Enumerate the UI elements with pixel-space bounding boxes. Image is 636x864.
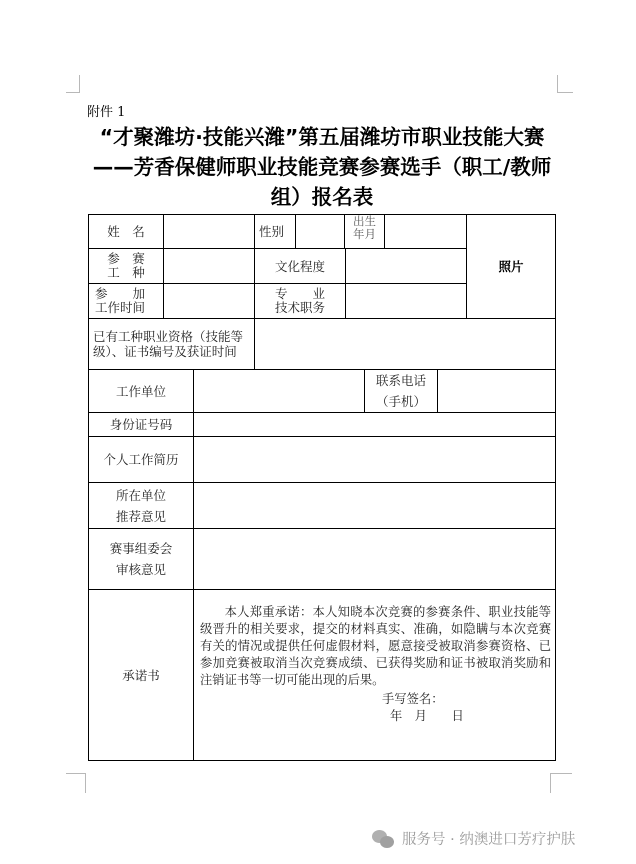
qualification-field[interactable] xyxy=(254,318,556,370)
photo-cell[interactable]: 照片 xyxy=(466,214,556,319)
professional-title-label: 专 业 技术职务 xyxy=(254,283,346,319)
resume-field[interactable] xyxy=(193,436,556,483)
employer-label: 工作单位 xyxy=(88,369,194,413)
id-label: 身份证号码 xyxy=(88,412,194,437)
corner-mark xyxy=(557,75,573,93)
registration-form-table: 姓 名 性别 出生年月 照片 参 赛 工 种 文化程度 参 加 工作时间 专 业… xyxy=(88,214,556,761)
pledge-cell: 本人郑重承诺：本人知晓本次竞赛的参赛条件、职业技能等级晋升的相关要求，提交的材料… xyxy=(193,589,556,761)
work-start-label: 参 加 工作时间 xyxy=(88,283,164,319)
name-label: 姓 名 xyxy=(88,214,164,249)
form-title: “才聚潍坊·技能兴潍”第五届潍坊市职业技能大赛——芳香保健师职业技能竞赛参赛选手… xyxy=(80,122,564,212)
name-field[interactable] xyxy=(163,214,255,249)
employer-field[interactable] xyxy=(193,369,365,413)
education-field[interactable] xyxy=(345,248,467,284)
professional-title-field[interactable] xyxy=(345,283,467,319)
review-field[interactable] xyxy=(193,528,556,590)
watermark: 服务号 · 纳澳进口芳疗护肤 xyxy=(372,828,575,849)
wechat-icon xyxy=(372,830,396,848)
work-start-field[interactable] xyxy=(163,283,255,319)
attachment-label: 附件 1 xyxy=(87,101,125,120)
review-label: 赛事组委会 审核意见 xyxy=(88,528,194,590)
gender-label: 性别 xyxy=(254,214,296,249)
signature-label: 手写签名： xyxy=(200,691,551,708)
watermark-text: 服务号 · 纳澳进口芳疗护肤 xyxy=(402,828,575,849)
birth-field[interactable] xyxy=(384,214,467,249)
pledge-text: 本人郑重承诺：本人知晓本次竞赛的参赛条件、职业技能等级晋升的相关要求，提交的材料… xyxy=(200,604,551,689)
birth-label: 出生年月 xyxy=(344,214,385,249)
phone-label: 联系电话 （手机） xyxy=(364,369,438,413)
corner-mark xyxy=(66,773,86,793)
corner-mark xyxy=(550,773,572,793)
pledge-label: 承诺书 xyxy=(88,589,194,761)
education-label: 文化程度 xyxy=(254,248,346,284)
qualification-label: 已有工种职业资格（技能等级）、证书编号及获证时间 xyxy=(88,318,255,370)
id-field[interactable] xyxy=(193,412,556,437)
trade-field[interactable] xyxy=(163,248,255,284)
date-label: 年 月 日 xyxy=(200,708,551,725)
corner-mark xyxy=(66,75,80,93)
trade-label: 参 赛 工 种 xyxy=(88,248,164,284)
recommend-field[interactable] xyxy=(193,482,556,529)
phone-field[interactable] xyxy=(437,369,556,413)
resume-label: 个人工作简历 xyxy=(88,436,194,483)
recommend-label: 所在单位 推荐意见 xyxy=(88,482,194,529)
gender-field[interactable] xyxy=(295,214,345,249)
